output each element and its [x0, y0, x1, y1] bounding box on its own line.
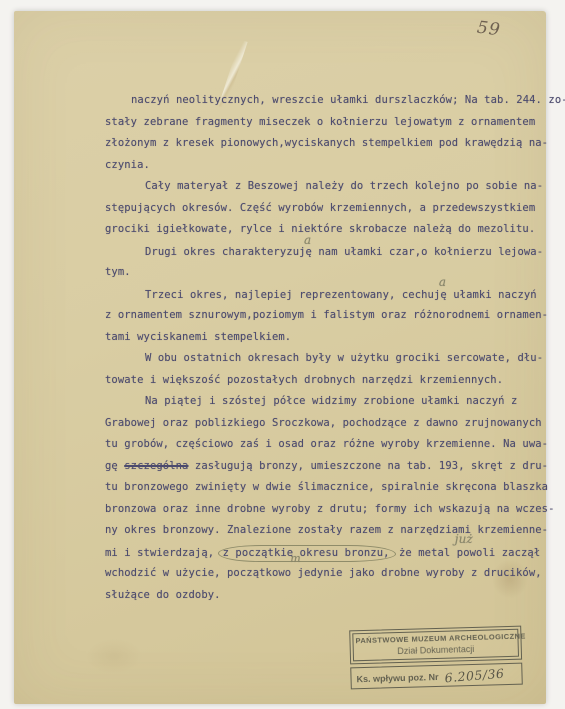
stamp-register-number: 6.205/36	[444, 666, 505, 686]
hand-circled-phrase: z początkiem okresu bronzu,	[218, 545, 396, 562]
stamp-inner-box: PAŃSTWOWE MUZEUM ARCHEOLOGICZNE Dział Do…	[352, 629, 519, 662]
museum-stamp: PAŃSTWOWE MUZEUM ARCHEOLOGICZNE Dział Do…	[349, 626, 523, 690]
typed-line: z ornamentem sznurowym,poziomym i falist…	[105, 305, 549, 327]
typed-line: służące do ozdoby.	[105, 585, 549, 607]
typed-line: tu bronzowego zwinięty w dwie ślimacznic…	[105, 477, 549, 499]
typed-text: ułamki naczyń	[447, 289, 537, 301]
typed-line: tu grobów, częściowo zaś i osad oraz róż…	[105, 434, 549, 456]
typed-text: mi i stwierdzają,	[105, 547, 221, 559]
typed-text: grociki igiełkowate, rylce i niektóre sk…	[105, 223, 535, 235]
typed-text: tami wyciskanemi stempelkiem.	[105, 331, 291, 343]
typed-text: Trzeci okres, najlepiej reprezentowany, …	[145, 289, 447, 301]
typed-text: tym.	[105, 266, 131, 278]
typed-text: bronzowa oraz inne drobne wyroby z drutu…	[105, 503, 555, 515]
typed-line: naczyń neolitycznych, wreszcie ułamki du…	[105, 90, 549, 112]
typed-text: czynia.	[105, 159, 150, 171]
stamp-register-row: Ks. wpływu poz. Nr 6.205/36	[350, 663, 523, 690]
typed-text: Drugi okres charakteryzuję	[145, 246, 312, 258]
typed-text: towate i większość pozostałych drobnych …	[105, 374, 503, 386]
typed-line: gę szczególna zasługują bronzy, umieszcz…	[105, 456, 549, 478]
paper-stain	[74, 631, 154, 681]
typed-text: Na piątej i szóstej półce widzimy zrobio…	[145, 395, 517, 407]
typed-text: ny okres bronzowy. Znalezione zostały ra…	[105, 524, 548, 536]
typed-text: naczyń neolitycznych, wreszcie ułamki du…	[131, 94, 565, 106]
typed-text: gę	[105, 460, 124, 472]
typed-lines: naczyń neolitycznych, wreszcie ułamki du…	[105, 90, 549, 606]
typed-text: tu bronzowego zwinięty w dwie ślimacznic…	[105, 481, 548, 493]
typed-line: tami wyciskanemi stempelkiem.	[105, 327, 549, 349]
typed-line: W obu ostatnich okresach były w użytku g…	[105, 348, 549, 370]
typed-text: stępujących okresów. Część wyrobów krzem…	[105, 202, 535, 214]
struck-word: szczególna	[124, 460, 188, 472]
typed-text: nam ułamki czar,o kołnierzu lejowa-	[312, 246, 543, 258]
stamp-outer-box: PAŃSTWOWE MUZEUM ARCHEOLOGICZNE Dział Do…	[349, 626, 522, 665]
typed-text: z początkie	[223, 547, 294, 559]
typed-line: stały zebrane fragmenty miseczek o kołni…	[105, 112, 549, 134]
typed-line: wchodzić w użycie, początkowo jedynie ja…	[105, 563, 549, 585]
typed-line: towate i większość pozostałych drobnych …	[105, 370, 549, 392]
typed-text: Cały materyał z Beszowej należy do trzec…	[145, 180, 543, 192]
typed-line: złożonym z kresek pionowych,wyciskanych …	[105, 133, 549, 155]
typed-line: czynia.	[105, 155, 549, 177]
paper-sheet: 59 naczyń neolitycznych, wreszcie ułamki…	[14, 11, 546, 704]
typed-line: bronzowa oraz inne drobne wyroby z drutu…	[105, 499, 549, 521]
typed-text: stały zebrane fragmenty miseczek o kołni…	[105, 116, 535, 128]
stamp-register-label: Ks. wpływu poz. Nr	[356, 672, 438, 684]
typed-line: Na piątej i szóstej półce widzimy zrobio…	[105, 391, 549, 413]
typed-line: Cały materyał z Beszowej należy do trzec…	[105, 176, 549, 198]
stamp-department: Dział Dokumentacji	[356, 643, 516, 657]
typed-text: Grabowej oraz poblizkiego Sroczkowa, poc…	[105, 417, 542, 429]
typed-line: ny okres bronzowy. Znalezione zostały ra…	[105, 520, 549, 542]
typed-text: służące do ozdoby.	[105, 589, 221, 601]
typed-line: tym.	[105, 262, 549, 284]
typed-line: grociki igiełkowate, rylce i niektóre sk…	[105, 219, 549, 241]
typed-text: zasługują bronzy, umieszczone na tab. 19…	[188, 460, 548, 472]
typed-text: że metal	[393, 547, 457, 559]
typed-text: z ornamentem sznurowym,poziomym i falist…	[105, 309, 548, 321]
typed-line: mi i stwierdzają, z początkiem okresu br…	[105, 542, 549, 564]
typed-line: stępujących okresów. Część wyrobów krzem…	[105, 198, 549, 220]
typed-text: okresu bronzu,	[293, 547, 389, 559]
typed-text: W obu ostatnich okresach były w użytku g…	[145, 352, 543, 364]
typed-text: złożonym z kresek pionowych,wyciskanych …	[105, 137, 548, 149]
page-number: 59	[476, 18, 502, 41]
typed-text: powoli zaczął	[457, 547, 540, 559]
typed-text: wchodzić w użycie, początkowo jedynie ja…	[105, 567, 542, 579]
typed-line: Trzeci okres, najlepiej reprezentowany, …	[105, 284, 549, 306]
document-scan: 59 naczyń neolitycznych, wreszcie ułamki…	[0, 0, 565, 709]
typed-line: Drugi okres charakteryzujęa nam ułamki c…	[105, 241, 549, 263]
typed-line: Grabowej oraz poblizkiego Sroczkowa, poc…	[105, 413, 549, 435]
typed-text: tu grobów, częściowo zaś i osad oraz róż…	[105, 438, 548, 450]
